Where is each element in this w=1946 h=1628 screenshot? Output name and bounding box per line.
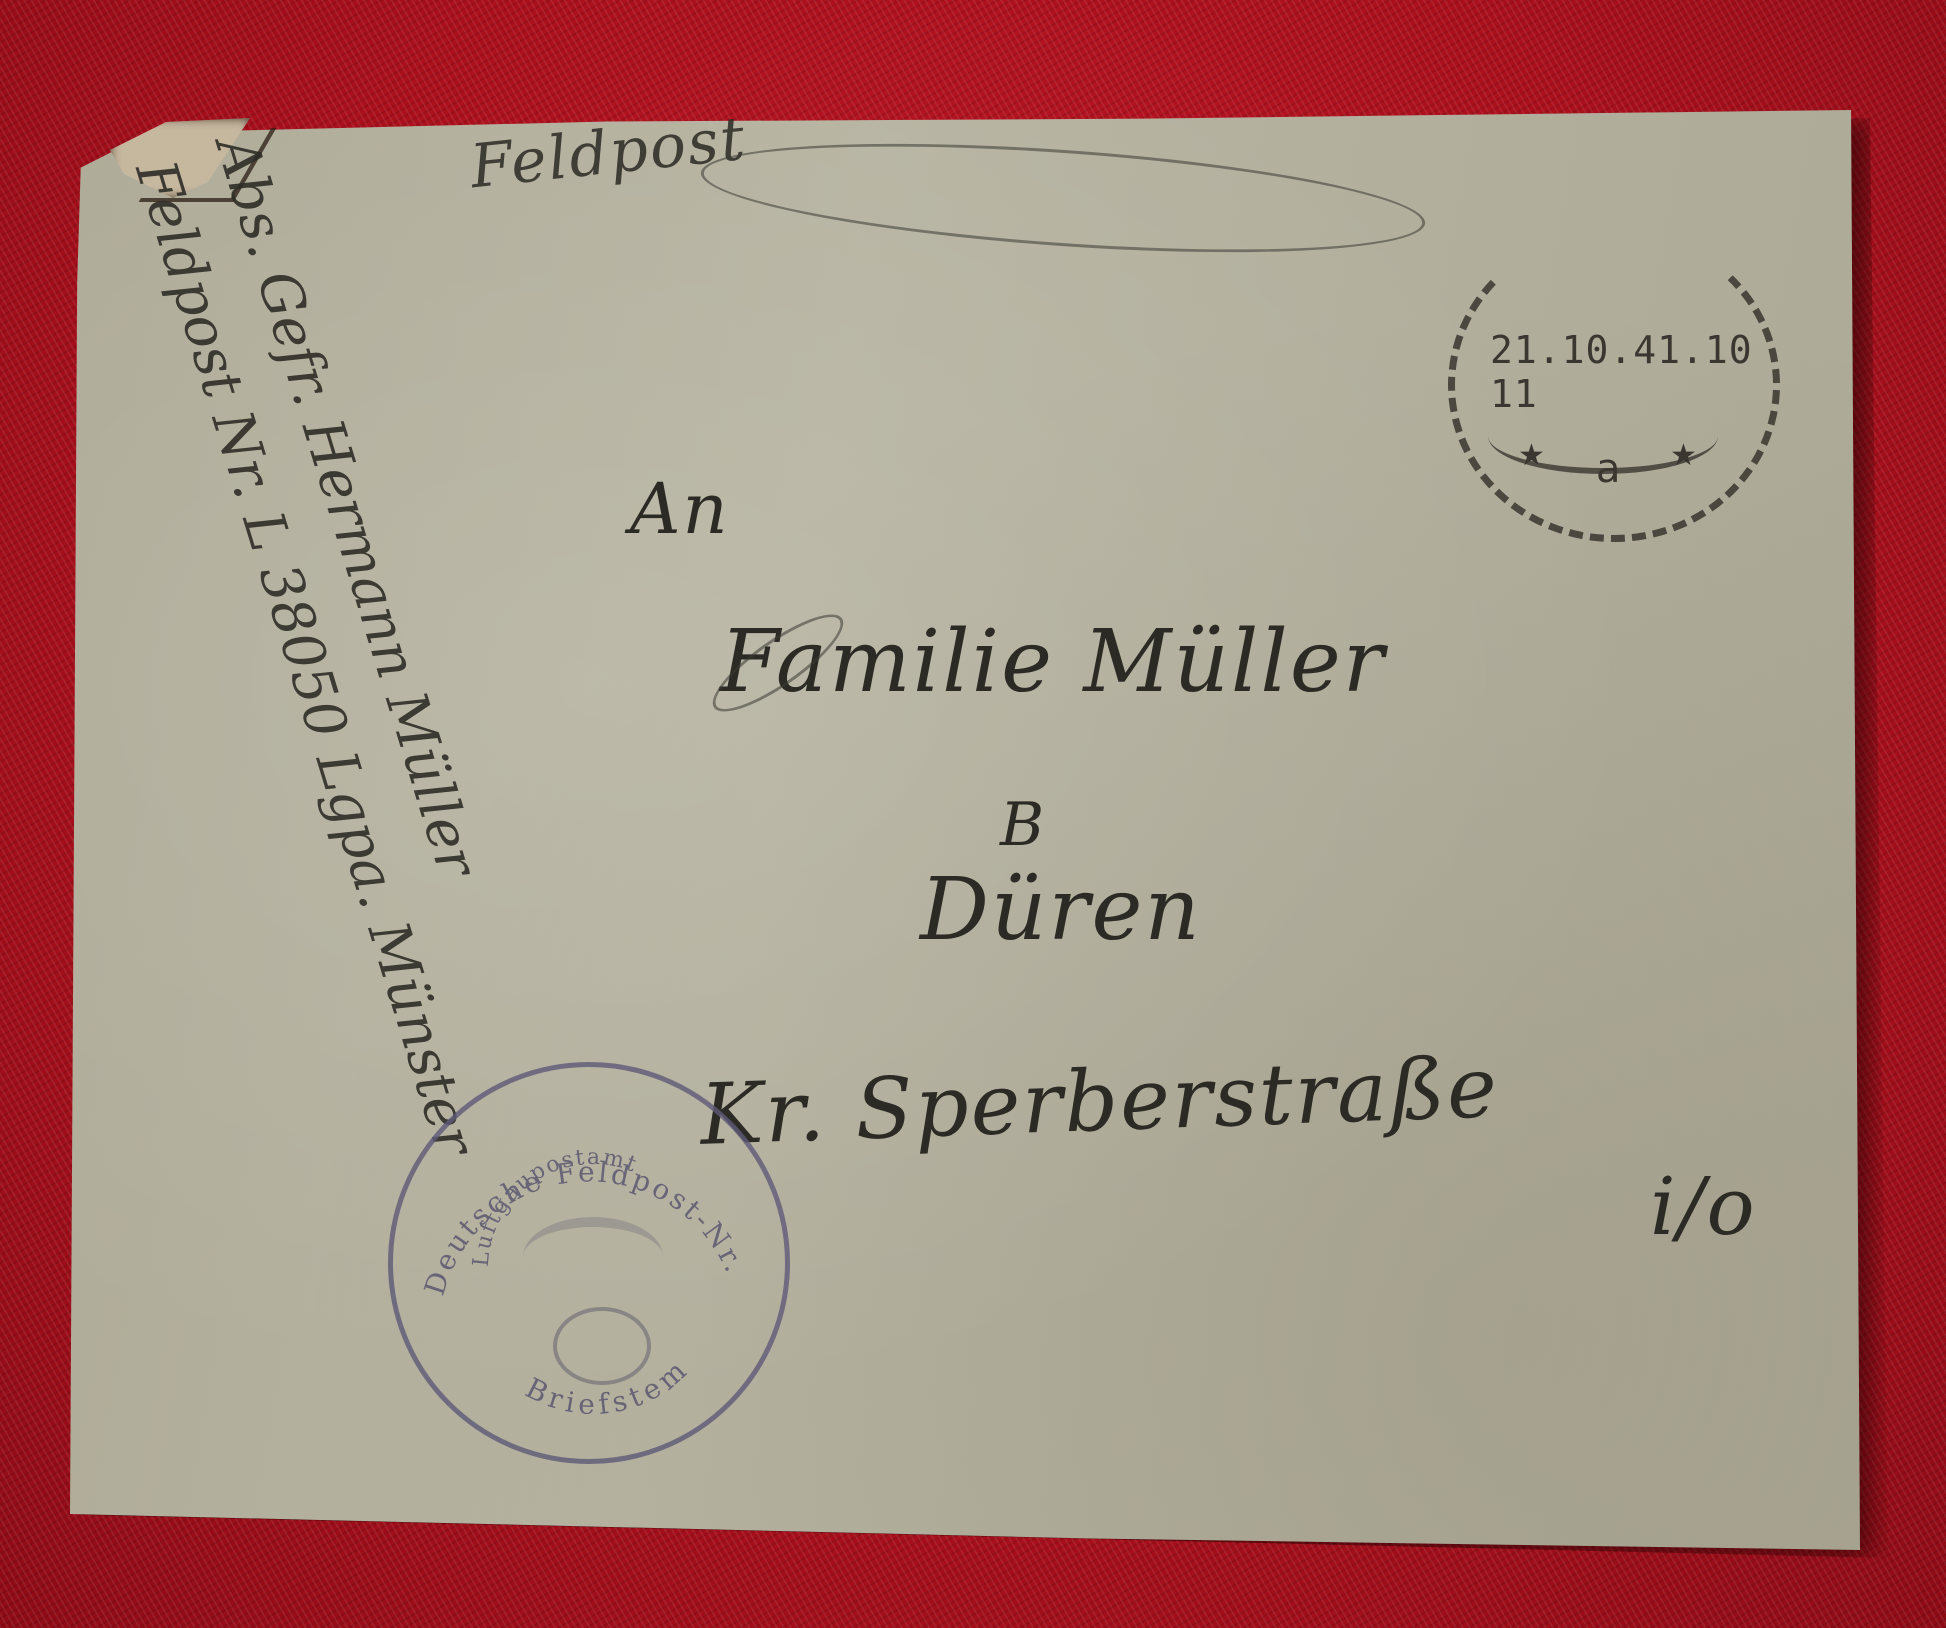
city-name: Düren (920, 860, 1202, 960)
salutation: An (630, 468, 730, 550)
address-suffix: i/o (1650, 1160, 1757, 1253)
star-icon: ★ (1518, 438, 1545, 473)
unit-stamp: Deutsche Feldpost-Nr. L 36229 Luftgaupos… (388, 1062, 790, 1464)
photo-scene: Feldpost An Familie Müller B Düren Kr. S… (0, 0, 1946, 1628)
eagle-emblem-icon (523, 1217, 663, 1297)
city-prefix: B (1000, 790, 1046, 860)
postmark-code: a (1596, 446, 1621, 492)
postmark: 21.10.41.10 11 ★ a ★ (1448, 268, 1770, 512)
wreath-emblem-icon (553, 1307, 651, 1385)
star-icon: ★ (1670, 438, 1697, 473)
